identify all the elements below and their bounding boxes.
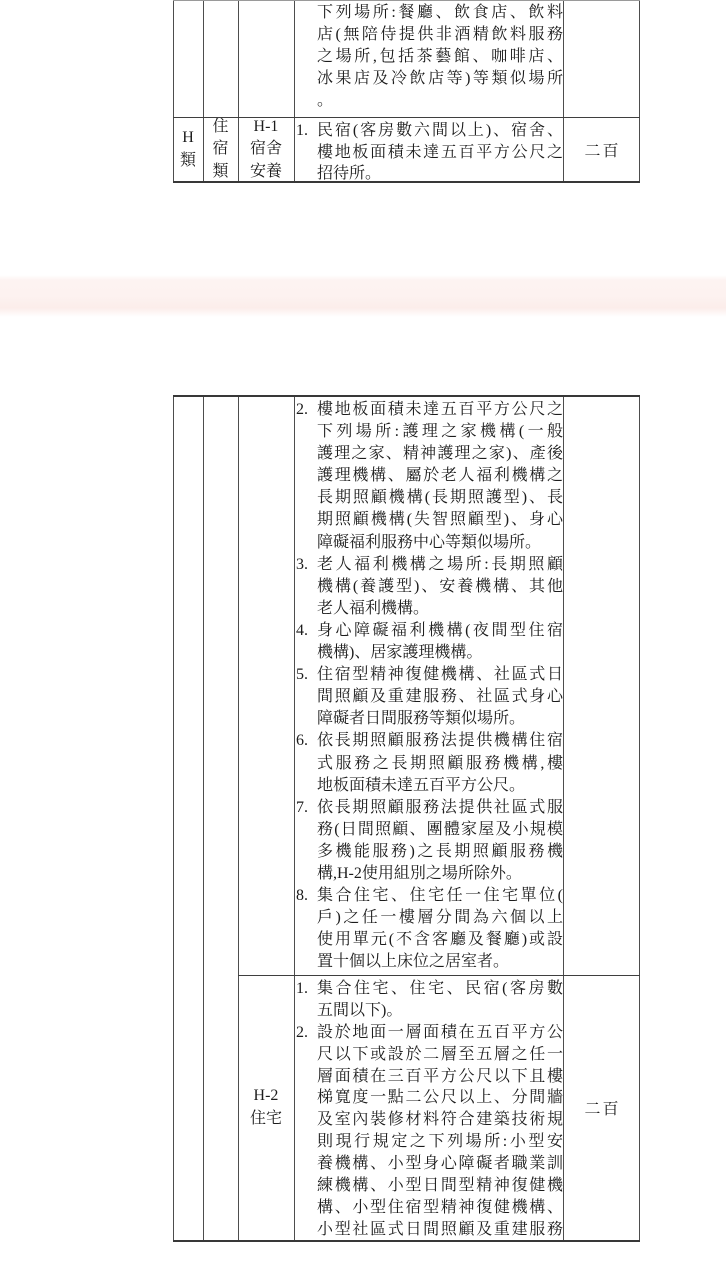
row-h1-description-continued: 2.樓地板面積未達五百平方公尺之下列場所:護理之家機構(一般護理之家、精神護理之… xyxy=(295,399,563,973)
page-break-highlight xyxy=(0,275,726,317)
text-line: 層面積在三百平方公尺以下且樓 xyxy=(295,1066,563,1088)
text-line: 1.集合住宅、住宅、民宿(客房數 xyxy=(295,978,563,1000)
row-h1-description: 1.民宿(客房數六間以上)、宿舍、樓地板面積未達五百平方公尺之招待所。 xyxy=(295,120,563,185)
text-line: 長期照顧機構(長期照護型)、長 xyxy=(295,487,563,509)
text-line: H-1 xyxy=(254,117,279,138)
text-line: 8.集合住宅、住宅任一住宅單位( xyxy=(295,885,563,907)
row-g-description: 下列場所:餐廳、飲食店、飲料店(無陪侍提供非酒精飲料服務之場所,包括茶藝館、咖啡… xyxy=(295,2,563,112)
text-line: 間照顧及重建服務、社區式身心 xyxy=(295,686,563,708)
text-line: 構、小型住宿型精神復健機構、 xyxy=(295,1197,563,1219)
text-line: H xyxy=(182,127,194,149)
text-line: 障礙者日間服務等類似場所。 xyxy=(295,708,563,730)
document-page: 下列場所:餐廳、飲食店、飲料店(無陪侍提供非酒精飲料服務之場所,包括茶藝館、咖啡… xyxy=(0,0,726,1280)
text-line: 使用單元(不含客廳及餐廳)或設 xyxy=(295,929,563,951)
cell-group-lodging: 住宿類 xyxy=(204,118,237,181)
text-line: 多機能服務)之長期照顧服務機 xyxy=(295,841,563,863)
text-line: 店(無陪侍提供非酒精飲料服務 xyxy=(295,24,563,46)
text-line: 下列場所:護理之家機構(一般 xyxy=(295,421,563,443)
text-line: 2.樓地板面積未達五百平方公尺之 xyxy=(295,399,563,421)
text-line: 3.老人福利機構之場所:長期照顧 xyxy=(295,554,563,576)
table-border-right xyxy=(639,395,640,1242)
table-page1-fragment: 下列場所:餐廳、飲食店、飲料店(無陪侍提供非酒精飲料服務之場所,包括茶藝館、咖啡… xyxy=(173,0,640,183)
text-line: 梯寬度一點二公尺以上、分間牆 xyxy=(295,1087,563,1109)
table-border-left xyxy=(173,395,174,1242)
text-line: 老人福利機構。 xyxy=(295,598,563,620)
text-line: 宿舍 xyxy=(250,138,282,160)
text-line: 招待所。 xyxy=(295,163,563,185)
text-line: 之場所,包括茶藝館、咖啡店、 xyxy=(295,46,563,68)
text-line: 練機構、小型日間型精神復健機 xyxy=(295,1175,563,1197)
text-line: 宿 xyxy=(212,138,228,160)
text-line: 安養 xyxy=(250,161,282,182)
text-line: 則現行規定之下列場所:小型安 xyxy=(295,1131,563,1153)
text-line: 期照顧機構(失智照顧型)、身心 xyxy=(295,509,563,531)
cell-subgroup-h2: H-2住宅 xyxy=(239,975,293,1240)
row-h2-description: 1.集合住宅、住宅、民宿(客房數五間以下)。2.設於地面一層面積在五百平方公尺以… xyxy=(295,978,563,1241)
text-line: 樓地板面積未達五百平方公尺之 xyxy=(295,142,563,164)
text-line: 機構)、居家護理機構。 xyxy=(295,642,563,664)
text-line: 小型社區式日間照顧及重建服務 xyxy=(295,1219,563,1241)
text-line: 式服務之長期照顧服務機構,樓 xyxy=(295,753,563,775)
text-line: 。 xyxy=(295,90,563,112)
text-line: 及室內裝修材料符合建築技術規 xyxy=(295,1109,563,1131)
text-line: 地板面積未達五百平方公尺。 xyxy=(295,775,563,797)
text-line: 2.設於地面一層面積在五百平方公 xyxy=(295,1022,563,1044)
text-line: 1.民宿(客房數六間以上)、宿舍、 xyxy=(295,120,563,142)
text-line: 尺以下或設於二層至五層之任一 xyxy=(295,1044,563,1066)
text-line: 置十個以上床位之居室者。 xyxy=(295,951,563,973)
text-line: 戶)之任一樓層分間為六個以上 xyxy=(295,907,563,929)
text-line: 務(日間照顧、團體家屋及小規模 xyxy=(295,819,563,841)
text-line: 6.依長期照顧服務法提供機構住宿 xyxy=(295,730,563,752)
text-line: 4.身心障礙福利機構(夜間型住宿 xyxy=(295,620,563,642)
text-line: 構,H-2使用組別之場所除外。 xyxy=(295,863,563,885)
text-line: 住 xyxy=(212,118,228,138)
table-gridline xyxy=(203,395,204,1242)
text-line: 類 xyxy=(180,150,196,172)
text-line: 機構(養護型)、安養機構、其他 xyxy=(295,576,563,598)
text-line: 5.住宿型精神復健機構、社區式日 xyxy=(295,664,563,686)
text-line: 護理之家、精神護理之家)、產後 xyxy=(295,443,563,465)
text-line: 住宅 xyxy=(250,1108,282,1130)
table-border-top xyxy=(173,395,640,397)
text-line: 障礙福利服務中心等類似場所。 xyxy=(295,532,563,554)
text-line: 下列場所:餐廳、飲食店、飲料 xyxy=(295,2,563,24)
cell-class-h: H類 xyxy=(174,118,202,181)
text-line: 類 xyxy=(212,161,228,181)
text-line: 五間以下)。 xyxy=(295,1000,563,1022)
text-line: 養機構、小型身心障礙者職業訓 xyxy=(295,1153,563,1175)
cell-quantity-h2: 二百 xyxy=(564,975,639,1240)
text-line: 7.依長期照顧服務法提供社區式服 xyxy=(295,797,563,819)
table-page2-fragment: 2.樓地板面積未達五百平方公尺之下列場所:護理之家機構(一般護理之家、精神護理之… xyxy=(173,395,640,1242)
cell-subgroup-h1: H-1宿舍安養 xyxy=(239,117,293,182)
text-line: H-2 xyxy=(254,1085,279,1107)
table-border-right xyxy=(639,0,640,183)
text-line: 冰果店及冷飲店等)等類似場所 xyxy=(295,68,563,90)
text-line: 護理機構、屬於老人福利機構之 xyxy=(295,465,563,487)
table-border-top xyxy=(173,0,640,1)
cell-quantity-h1: 二百 xyxy=(564,118,639,181)
